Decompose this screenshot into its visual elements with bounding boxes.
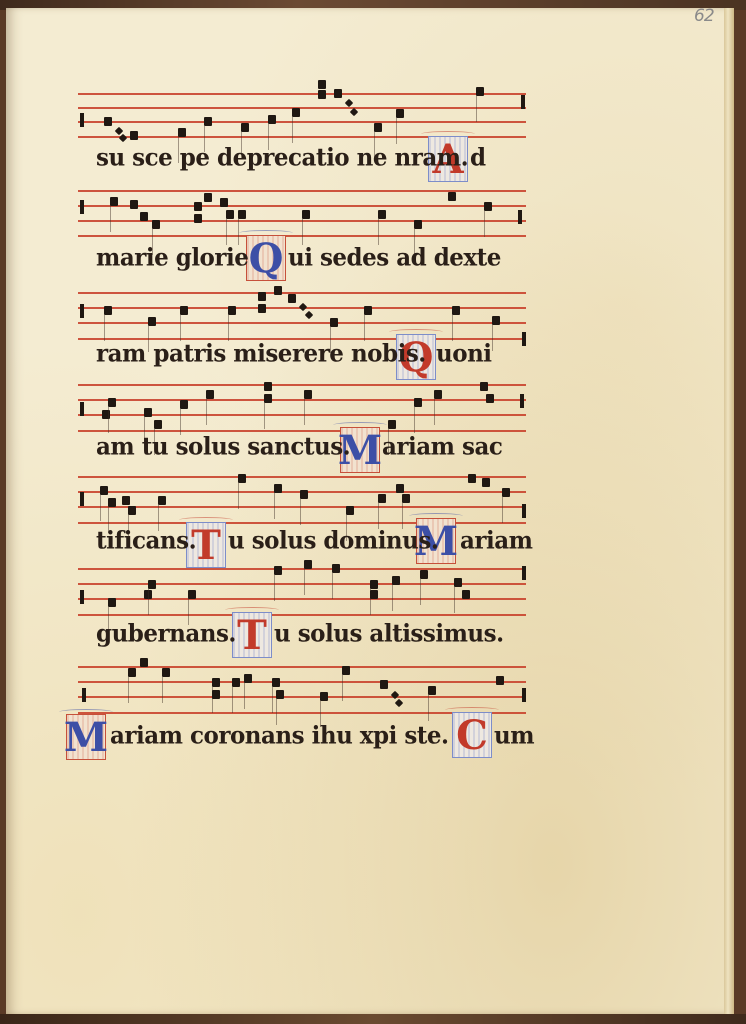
lyric-line-5: tificans. u solus dominus. ariam: [96, 526, 526, 554]
lyric-line-3: ram patris miserere nobis. uoni: [96, 339, 526, 367]
lyric-line-6: gubernans. u solus altissimus.: [96, 619, 526, 647]
music-staff-6: [78, 568, 526, 614]
lyric-line-7: ariam coronans ihu xpi ste. um: [110, 721, 540, 749]
clef-icon: [80, 113, 84, 127]
music-staff-4: [78, 384, 526, 430]
music-staff-3: [78, 292, 526, 338]
music-staff-7: [78, 666, 526, 712]
lyric-line-1: su sce pe deprecatio ne nram. d: [96, 143, 526, 171]
page-edge: [724, 8, 734, 1014]
book-binding-bottom: [0, 1014, 746, 1024]
folio-number: 62: [694, 6, 714, 26]
lyric-line-2: marie glorie ui sedes ad dexte: [96, 243, 526, 271]
illuminated-initial-m-3: M: [66, 714, 106, 760]
lyric-line-4: am tu solus sanctus. ariam sac: [96, 432, 526, 460]
music-staff-2: [78, 190, 526, 236]
